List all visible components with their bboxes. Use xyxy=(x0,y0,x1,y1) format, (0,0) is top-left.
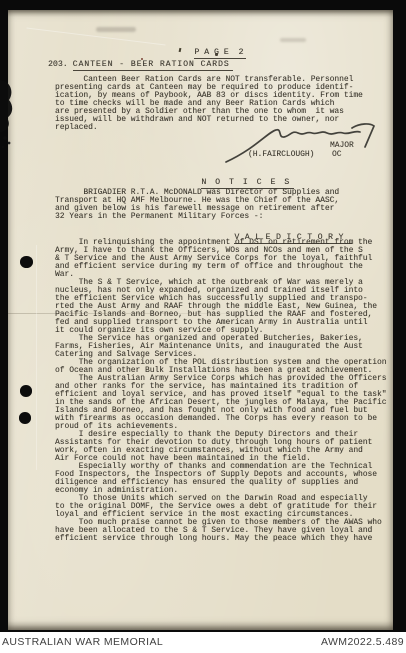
paper-smudge xyxy=(280,38,306,42)
notices-intro-paragraph: BRIGADIER R.T.A. McDONALD was Director o… xyxy=(55,189,339,221)
valedictory-paragraph: To those Units which served on the Darwi… xyxy=(55,495,386,519)
valedictory-paragraph: The S & T Service, which at the outbreak… xyxy=(55,279,386,335)
hole-punch xyxy=(20,256,33,268)
paper-bottom-edge xyxy=(8,621,393,630)
hole-punch xyxy=(19,412,32,424)
valedictory-paragraph: The organization of the POL distribution… xyxy=(55,359,386,375)
valedictory-body: In relinquishing the appointment of DST … xyxy=(55,239,386,543)
notices-heading-text: N O T I C E S xyxy=(201,178,294,189)
signature-name: (H.FAIRCLOUGH) xyxy=(248,151,314,159)
screenshot: P A G E 2 203. CANTEEN - BEER RATION CAR… xyxy=(0,0,406,653)
paper-smudge xyxy=(96,27,136,32)
archive-footer: AUSTRALIAN WAR MEMORIAL AWM2022.5.489 xyxy=(0,632,406,653)
section-number: 203. xyxy=(48,61,68,71)
ink-blob xyxy=(0,80,18,152)
scanner-background: P A G E 2 203. CANTEEN - BEER RATION CAR… xyxy=(0,0,406,632)
document-page: P A G E 2 203. CANTEEN - BEER RATION CAR… xyxy=(8,10,393,630)
valedictory-paragraph: The Australian Army Service Corps which … xyxy=(55,375,386,431)
section-title: CANTEEN - BEER RATION CARDS xyxy=(73,61,233,71)
paper-fold-line xyxy=(36,245,37,470)
section-heading: 203. CANTEEN - BEER RATION CARDS xyxy=(48,61,233,71)
page-heading-text: P A G E 2 xyxy=(194,48,246,59)
paper-top-edge xyxy=(8,10,393,17)
hole-punch xyxy=(20,385,33,397)
valedictory-paragraph: Too much praise cannot be given to those… xyxy=(55,519,386,543)
signature-rank: MAJOR xyxy=(330,142,354,150)
archive-accession-number: AWM2022.5.489 xyxy=(321,632,404,653)
valedictory-paragraph: Especially worthy of thanks and commenda… xyxy=(55,463,386,495)
valedictory-paragraph: In relinquishing the appointment of DST … xyxy=(55,239,386,279)
valedictory-paragraph: The Service has organized and operated B… xyxy=(55,335,386,359)
archive-institution-label: AUSTRALIAN WAR MEMORIAL xyxy=(2,632,163,653)
signature-appointment: OC xyxy=(332,151,341,159)
valedictory-paragraph: I desire especially to thank the Deputy … xyxy=(55,431,386,463)
